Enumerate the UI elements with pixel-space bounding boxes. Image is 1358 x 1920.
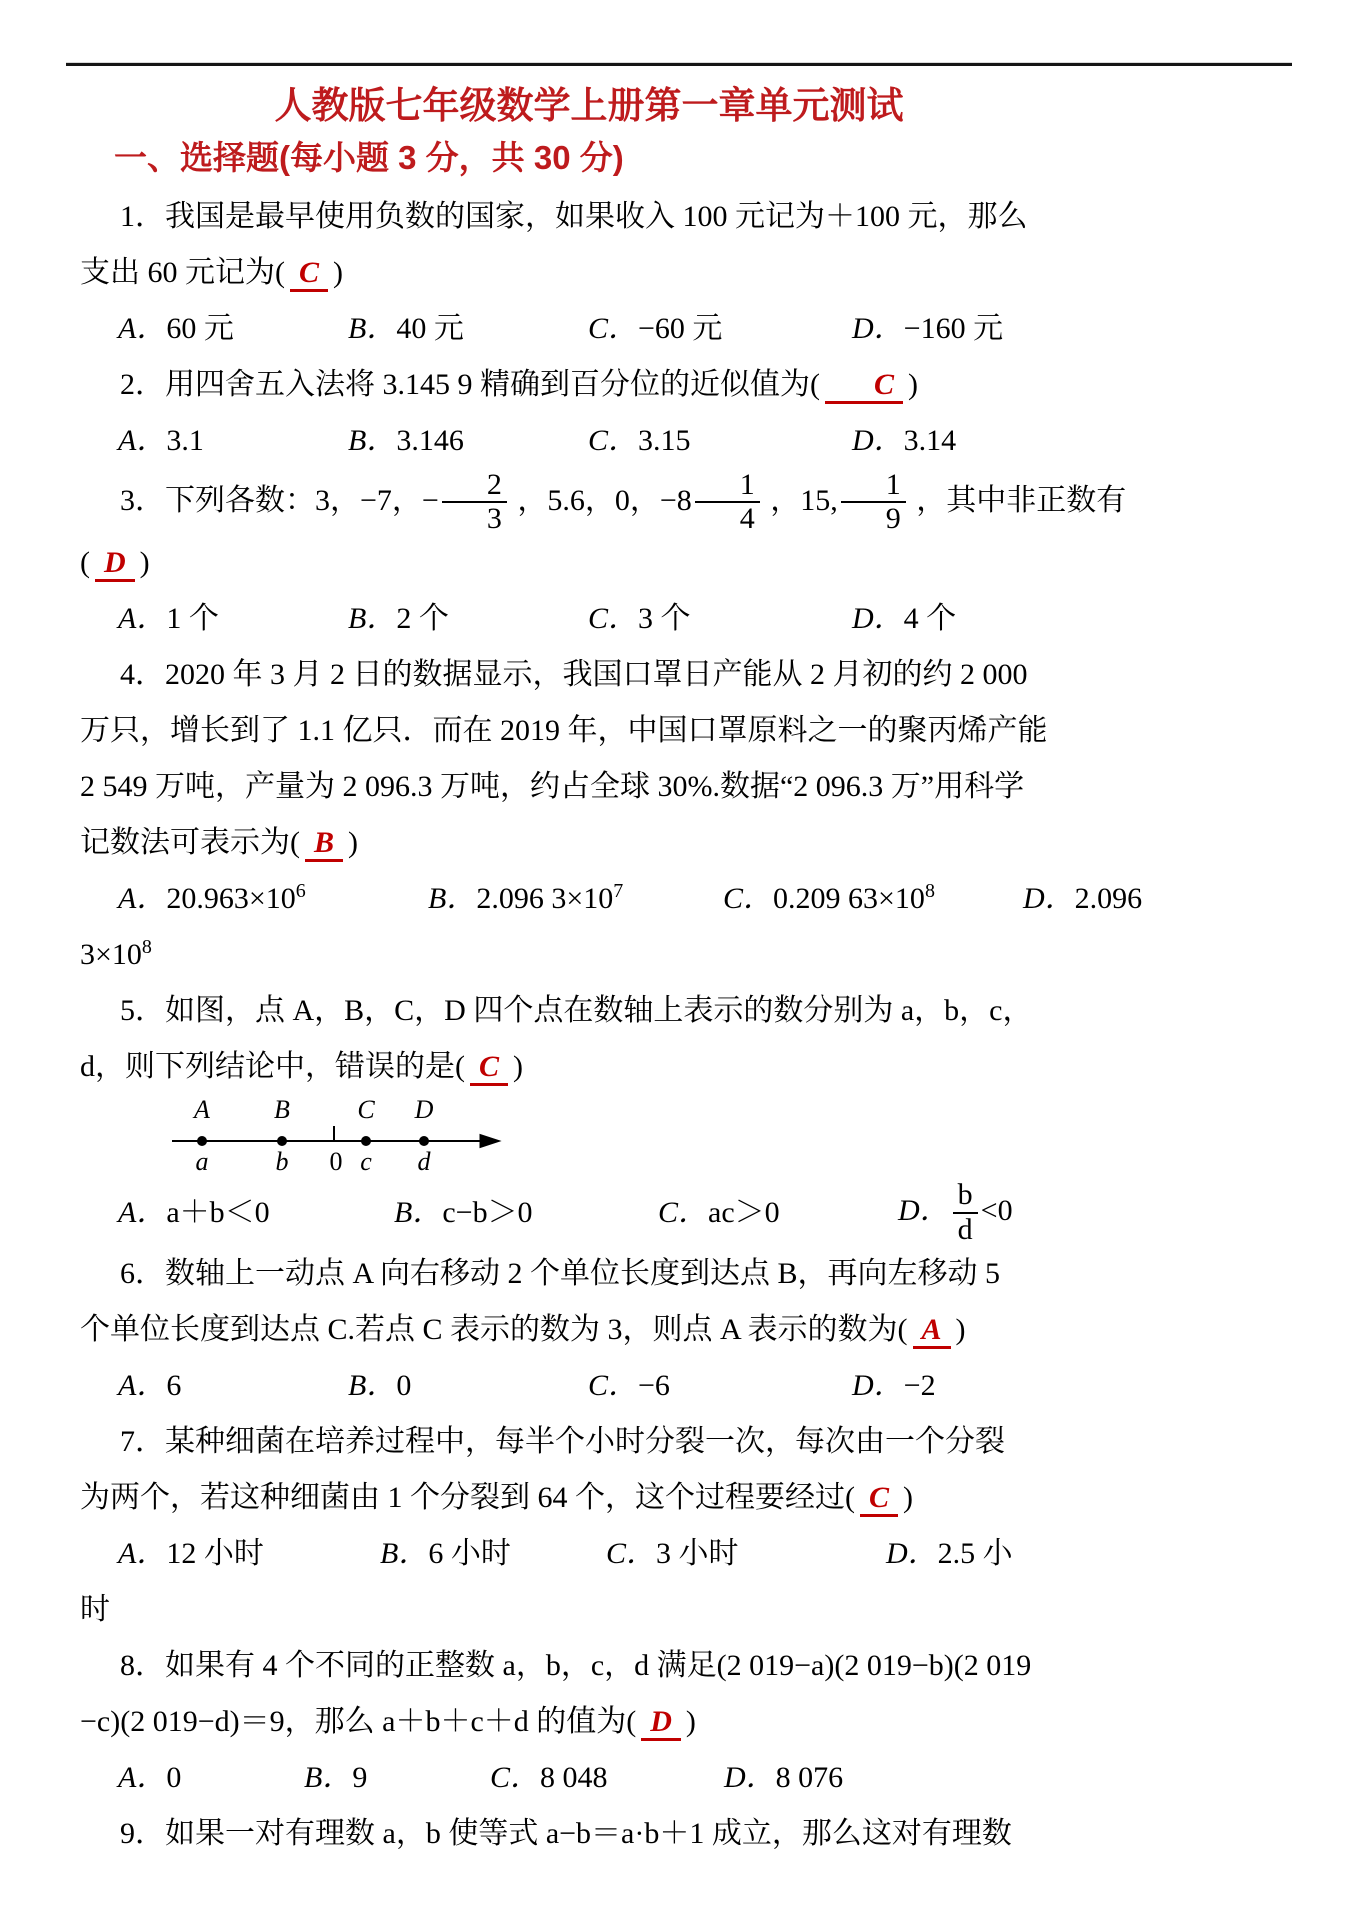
close-paren: ) bbox=[686, 1705, 696, 1738]
option-d-label: D． bbox=[852, 312, 904, 345]
q5-options: A．a＋b＜0 B．c−b＞0 C．ac＞0 D．bd<0 bbox=[80, 1179, 1298, 1246]
option-c-exponent: 8 bbox=[925, 880, 935, 902]
option-b-text: 9 bbox=[352, 1761, 367, 1794]
option-c-label: C． bbox=[490, 1761, 540, 1794]
fraction-numerator: 1 bbox=[695, 469, 760, 503]
option-a: A．6 bbox=[118, 1358, 348, 1414]
fraction-denominator: 3 bbox=[442, 503, 507, 535]
q4-cont-exponent: 8 bbox=[142, 936, 152, 958]
option-c-text: −60 元 bbox=[638, 312, 722, 345]
option-a-text: 1 个 bbox=[166, 602, 219, 635]
number-line-diagram: A B C D a b 0 c d bbox=[170, 1099, 506, 1177]
option-b: B．9 bbox=[304, 1750, 490, 1806]
option-c-text: 3 个 bbox=[638, 602, 691, 635]
q4-cont-text: 3×10 bbox=[80, 938, 142, 971]
question-2: 2．用四舍五入法将 3.145 9 精确到百分位的近似值为(C) A．3.1 B… bbox=[80, 357, 1298, 469]
q7-stem-text: 为两个，若这种细菌由 1 个分裂到 64 个，这个过程要经过( bbox=[80, 1481, 855, 1514]
option-b: B．40 元 bbox=[348, 301, 588, 357]
option-a: A．a＋b＜0 bbox=[118, 1185, 394, 1241]
top-divider bbox=[66, 62, 1292, 66]
q7-options: A．12 小时 B．6 小时 C．3 小时 D．2.5 小 bbox=[80, 1526, 1298, 1582]
q7-stem-line-1: 7．某种细菌在培养过程中，每半个小时分裂一次，每次由一个分裂 bbox=[80, 1414, 1298, 1470]
q7-option-d-continuation: 时 bbox=[80, 1582, 1298, 1638]
q5-answer: C bbox=[470, 1050, 508, 1086]
q4-stem-line-1: 4．2020 年 3 月 2 日的数据显示，我国口罩日产能从 2 月初的约 2 … bbox=[80, 647, 1298, 703]
q4-stem-text: 记数法可表示为( bbox=[80, 826, 300, 859]
q2-answer: C bbox=[825, 368, 903, 404]
q2-stem-text: 2．用四舍五入法将 3.145 9 精确到百分位的近似值为( bbox=[120, 368, 820, 401]
option-a-label: A． bbox=[118, 312, 166, 345]
option-d: D．−160 元 bbox=[852, 301, 1298, 357]
fraction-numerator: b bbox=[953, 1179, 978, 1213]
option-c: C．0.209 63×108 bbox=[723, 871, 1023, 927]
option-b-text: 2 个 bbox=[396, 602, 449, 635]
question-8: 8．如果有 4 个不同的正整数 a，b，c，d 满足(2 019−a)(2 01… bbox=[80, 1638, 1298, 1806]
option-d-text: −2 bbox=[904, 1369, 936, 1402]
question-9: 9．如果一对有理数 a，b 使等式 a−b＝a·b＋1 成立，那么这对有理数 bbox=[80, 1806, 1298, 1862]
q7-answer: C bbox=[860, 1481, 898, 1517]
option-a: A．20.963×106 bbox=[118, 871, 428, 927]
option-b-label: B． bbox=[348, 312, 396, 345]
option-c-text: 8 048 bbox=[540, 1761, 608, 1794]
fraction-denominator: 4 bbox=[695, 503, 760, 535]
q4-stem-line-4: 记数法可表示为(B) bbox=[80, 815, 1298, 871]
q3-options: A．1 个 B．2 个 C．3 个 D．4 个 bbox=[80, 591, 1298, 647]
option-a: A．0 bbox=[118, 1750, 304, 1806]
point-dot-c bbox=[362, 1137, 371, 1146]
option-d-label: D． bbox=[852, 424, 904, 457]
section-heading: 一、选择题(每小题 3 分，共 30 分) bbox=[114, 136, 1298, 181]
option-b: B．3.146 bbox=[348, 413, 588, 469]
option-d: D．8 076 bbox=[724, 1750, 1298, 1806]
option-a-label: A． bbox=[118, 602, 166, 635]
axis-arrowhead-icon bbox=[480, 1135, 500, 1148]
option-c-text: −6 bbox=[638, 1369, 670, 1402]
q5-stem-line-2: d，则下列结论中，错误的是(C) bbox=[80, 1039, 1298, 1095]
option-d-label: D． bbox=[1023, 882, 1075, 915]
fraction-numerator: 2 bbox=[442, 469, 507, 503]
value-label-b: b bbox=[276, 1147, 289, 1176]
document-page: 人教版七年级数学上册第一章单元测试 一、选择题(每小题 3 分，共 30 分) … bbox=[0, 62, 1358, 1862]
option-b: B．2.096 3×107 bbox=[428, 871, 723, 927]
option-d: D．−2 bbox=[852, 1358, 1298, 1414]
option-b-text: 40 元 bbox=[396, 312, 464, 345]
question-4: 4．2020 年 3 月 2 日的数据显示，我国口罩日产能从 2 月初的约 2 … bbox=[80, 647, 1298, 983]
point-label-A: A bbox=[192, 1099, 210, 1124]
fraction-b-d: bd bbox=[953, 1179, 978, 1246]
q1-options: A．60 元 B．40 元 C．−60 元 D．−160 元 bbox=[80, 301, 1298, 357]
option-a-text: a＋b＜0 bbox=[166, 1196, 269, 1229]
option-c: C．8 048 bbox=[490, 1750, 724, 1806]
option-b-text: c−b＞0 bbox=[442, 1196, 532, 1229]
point-label-C: C bbox=[357, 1099, 375, 1124]
option-b-text: 3.146 bbox=[396, 424, 464, 457]
point-label-D: D bbox=[414, 1099, 434, 1124]
close-paren: ) bbox=[513, 1050, 523, 1083]
option-a: A．12 小时 bbox=[118, 1526, 380, 1582]
q6-stem-text: 个单位长度到达点 C.若点 C 表示的数为 3，则点 A 表示的数为( bbox=[80, 1313, 908, 1346]
q1-stem-line-1: 1．我国是最早使用负数的国家，如果收入 100 元记为＋100 元，那么 bbox=[80, 189, 1298, 245]
option-b-text: 2.096 3×10 bbox=[476, 882, 613, 915]
option-c-text: 3 小时 bbox=[656, 1537, 739, 1570]
option-b: B．c−b＞0 bbox=[394, 1185, 658, 1241]
option-c-text: 3.15 bbox=[638, 424, 691, 457]
option-a-label: A． bbox=[118, 882, 166, 915]
q8-options: A．0 B．9 C．8 048 D．8 076 bbox=[80, 1750, 1298, 1806]
q6-options: A．6 B．0 C．−6 D．−2 bbox=[80, 1358, 1298, 1414]
option-c-text: 0.209 63×10 bbox=[773, 882, 925, 915]
q5-stem-text: d，则下列结论中，错误的是( bbox=[80, 1050, 465, 1083]
option-c-label: C． bbox=[588, 602, 638, 635]
question-7: 7．某种细菌在培养过程中，每半个小时分裂一次，每次由一个分裂 为两个，若这种细菌… bbox=[80, 1414, 1298, 1638]
value-label-0: 0 bbox=[330, 1147, 343, 1176]
option-c: C．−60 元 bbox=[588, 301, 852, 357]
q1-answer: C bbox=[290, 256, 328, 292]
option-c-label: C． bbox=[588, 1369, 638, 1402]
option-b-label: B． bbox=[348, 602, 396, 635]
option-b-label: B． bbox=[380, 1537, 428, 1570]
page-title: 人教版七年级数学上册第一章单元测试 bbox=[80, 82, 1298, 130]
value-label-d: d bbox=[418, 1147, 432, 1176]
q8-stem-line-2: −c)(2 019−d)＝9，那么 a＋b＋c＋d 的值为(D) bbox=[80, 1694, 1298, 1750]
close-paren: ) bbox=[903, 1481, 913, 1514]
fraction-1-4: 14 bbox=[695, 469, 760, 536]
option-d-text: 2.096 bbox=[1075, 882, 1143, 915]
option-d-text: 4 个 bbox=[904, 602, 957, 635]
option-b-text: 0 bbox=[396, 1369, 411, 1402]
option-a-text: 6 bbox=[166, 1369, 181, 1402]
q3-stem: 3．下列各数：3，−7，−23 ，5.6，0，−814 ，15,19 ，其中非正… bbox=[80, 469, 1298, 536]
value-label-a: a bbox=[196, 1147, 209, 1176]
fraction-1-9: 19 bbox=[841, 469, 906, 536]
q3-answer: D bbox=[95, 546, 135, 582]
q4-stem-line-3: 2 549 万吨，产量为 2 096.3 万吨，约占全球 30%.数据“2 09… bbox=[80, 759, 1298, 815]
close-paren: ) bbox=[333, 256, 343, 289]
fraction-denominator: 9 bbox=[841, 503, 906, 535]
open-paren: ( bbox=[80, 546, 90, 579]
q3-seg-2: ，5.6，0，−8 bbox=[510, 483, 692, 516]
q3-seg-4: ，其中非正数有 bbox=[909, 483, 1127, 516]
option-d: D．2.5 小 bbox=[886, 1526, 1298, 1582]
q8-stem-text: −c)(2 019−d)＝9，那么 a＋b＋c＋d 的值为( bbox=[80, 1705, 636, 1738]
q1-stem-text: 支出 60 元记为( bbox=[80, 256, 285, 289]
option-a-label: A． bbox=[118, 1761, 166, 1794]
option-c-label: C． bbox=[588, 424, 638, 457]
q2-options: A．3.1 B．3.146 C．3.15 D．3.14 bbox=[80, 413, 1298, 469]
q6-stem-line-1: 6．数轴上一动点 A 向右移动 2 个单位长度到达点 B，再向左移动 5 bbox=[80, 1246, 1298, 1302]
point-dot-b bbox=[278, 1137, 287, 1146]
number-line-figure: A B C D a b 0 c d bbox=[170, 1099, 1298, 1177]
option-c-text: ac＞0 bbox=[708, 1196, 780, 1229]
option-d-text: 8 076 bbox=[776, 1761, 844, 1794]
option-a-text: 3.1 bbox=[166, 424, 204, 457]
option-a-label: A． bbox=[118, 1537, 166, 1570]
q7-stem-line-2: 为两个，若这种细菌由 1 个分裂到 64 个，这个过程要经过(C) bbox=[80, 1470, 1298, 1526]
option-a-exponent: 6 bbox=[296, 880, 306, 902]
option-d-text: 3.14 bbox=[904, 424, 957, 457]
option-b-label: B． bbox=[428, 882, 476, 915]
option-d: D．2.096 bbox=[1023, 871, 1298, 927]
option-d-text: <0 bbox=[981, 1194, 1013, 1227]
option-a-label: A． bbox=[118, 1196, 166, 1229]
option-b: B．0 bbox=[348, 1358, 588, 1414]
question-6: 6．数轴上一动点 A 向右移动 2 个单位长度到达点 B，再向左移动 5 个单位… bbox=[80, 1246, 1298, 1414]
option-d-label: D． bbox=[898, 1194, 950, 1227]
option-d: D．3.14 bbox=[852, 413, 1298, 469]
option-a-text: 12 小时 bbox=[166, 1537, 264, 1570]
option-d-text: 2.5 小 bbox=[938, 1537, 1013, 1570]
point-dot-a bbox=[198, 1137, 207, 1146]
option-b: B．2 个 bbox=[348, 591, 588, 647]
point-dot-d bbox=[420, 1137, 429, 1146]
close-paren: ) bbox=[908, 368, 918, 401]
close-paren: ) bbox=[956, 1313, 966, 1346]
option-b-text: 6 小时 bbox=[428, 1537, 511, 1570]
option-c-label: C． bbox=[588, 312, 638, 345]
q4-stem-line-2: 万只，增长到了 1.1 亿只．而在 2019 年，中国口罩原料之一的聚丙烯产能 bbox=[80, 703, 1298, 759]
option-b-label: B． bbox=[348, 424, 396, 457]
option-c-label: C． bbox=[658, 1196, 708, 1229]
option-c: C．3 个 bbox=[588, 591, 852, 647]
q2-stem: 2．用四舍五入法将 3.145 9 精确到百分位的近似值为(C) bbox=[80, 357, 1298, 413]
option-d: D．4 个 bbox=[852, 591, 1298, 647]
option-a-label: A． bbox=[118, 424, 166, 457]
option-d-label: D． bbox=[886, 1537, 938, 1570]
q9-stem-line-1: 9．如果一对有理数 a，b 使等式 a−b＝a·b＋1 成立，那么这对有理数 bbox=[80, 1806, 1298, 1862]
q5-stem-line-1: 5．如图，点 A，B，C，D 四个点在数轴上表示的数分别为 a，b，c， bbox=[80, 983, 1298, 1039]
q1-stem-line-2: 支出 60 元记为(C) bbox=[80, 245, 1298, 301]
q8-stem-line-1: 8．如果有 4 个不同的正整数 a，b，c，d 满足(2 019−a)(2 01… bbox=[80, 1638, 1298, 1694]
q3-seg-1: 3．下列各数：3，−7，− bbox=[120, 483, 439, 516]
q6-answer: A bbox=[913, 1313, 951, 1349]
q3-seg-3: ，15, bbox=[763, 483, 838, 516]
option-c: C．ac＞0 bbox=[658, 1185, 898, 1241]
q6-stem-line-2: 个单位长度到达点 C.若点 C 表示的数为 3，则点 A 表示的数为(A) bbox=[80, 1302, 1298, 1358]
q4-option-d-continuation: 3×108 bbox=[80, 927, 1298, 983]
option-a: A．1 个 bbox=[118, 591, 348, 647]
close-paren: ) bbox=[140, 546, 150, 579]
option-c: C．3 小时 bbox=[606, 1526, 886, 1582]
fraction-numerator: 1 bbox=[841, 469, 906, 503]
option-a-text: 60 元 bbox=[166, 312, 234, 345]
value-label-c: c bbox=[360, 1147, 372, 1176]
q3-answer-line: (D) bbox=[80, 535, 1298, 591]
option-a: A．60 元 bbox=[118, 301, 348, 357]
close-paren: ) bbox=[348, 826, 358, 859]
option-a-text: 0 bbox=[166, 1761, 181, 1794]
option-d-label: D． bbox=[852, 1369, 904, 1402]
question-1: 1．我国是最早使用负数的国家，如果收入 100 元记为＋100 元，那么 支出 … bbox=[80, 189, 1298, 357]
q4-answer: B bbox=[305, 826, 343, 862]
option-c-label: C． bbox=[606, 1537, 656, 1570]
option-c: C．3.15 bbox=[588, 413, 852, 469]
option-c-label: C． bbox=[723, 882, 773, 915]
option-b-label: B． bbox=[348, 1369, 396, 1402]
option-a-text: 20.963×10 bbox=[166, 882, 295, 915]
option-d-text: −160 元 bbox=[904, 312, 1003, 345]
question-5: 5．如图，点 A，B，C，D 四个点在数轴上表示的数分别为 a，b，c， d，则… bbox=[80, 983, 1298, 1246]
option-c: C．−6 bbox=[588, 1358, 852, 1414]
option-d-label: D． bbox=[852, 602, 904, 635]
option-a-label: A． bbox=[118, 1369, 166, 1402]
fraction-2-3: 23 bbox=[442, 469, 507, 536]
question-3: 3．下列各数：3，−7，−23 ，5.6，0，−814 ，15,19 ，其中非正… bbox=[80, 469, 1298, 648]
point-label-B: B bbox=[274, 1099, 290, 1124]
fraction-denominator: d bbox=[953, 1214, 978, 1246]
option-b-label: B． bbox=[304, 1761, 352, 1794]
option-b: B．6 小时 bbox=[380, 1526, 606, 1582]
q4-options: A．20.963×106 B．2.096 3×107 C．0.209 63×10… bbox=[80, 871, 1298, 927]
option-a: A．3.1 bbox=[118, 413, 348, 469]
option-b-label: B． bbox=[394, 1196, 442, 1229]
option-d-label: D． bbox=[724, 1761, 776, 1794]
option-d: D．bd<0 bbox=[898, 1179, 1298, 1246]
q8-answer: D bbox=[641, 1705, 681, 1741]
option-b-exponent: 7 bbox=[613, 880, 623, 902]
